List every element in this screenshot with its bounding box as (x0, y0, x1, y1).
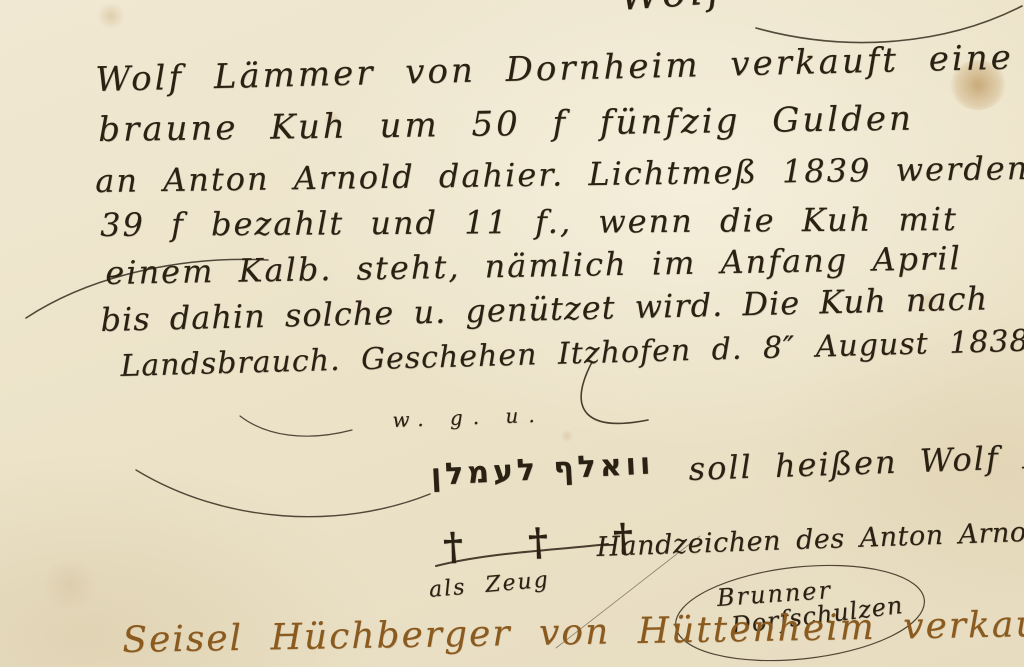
manuscript-page: Wolf Wolf Lämmer von Dornheim verkauft e… (0, 0, 1024, 667)
flourish-abbrev-hook (240, 416, 352, 436)
correction-note: soll heißen Wolf Lämmer (688, 433, 1024, 488)
manuscript-line: 39 f bezahlt und 11 f., wenn die Kuh mit (100, 200, 958, 244)
manuscript-line: braune Kuh um 50 f fünfzig Gulden (98, 99, 914, 150)
handzeichen-caption: Handzeichen des Anton Arnold (596, 516, 1024, 563)
manuscript-line: Wolf Lämmer von Dornheim verkauft eine (95, 38, 1014, 100)
manuscript-line: an Anton Arnold dahier. Lichtmeß 1839 we… (95, 149, 1024, 200)
foxing-spot (560, 430, 574, 442)
foxing-spot (40, 560, 100, 610)
hebrew-signature: וואלף לעמלן (430, 446, 655, 493)
abbreviation-line: w. g. u. (392, 403, 545, 432)
witness-note: als Zeug (428, 567, 551, 602)
top-cutoff-fragment: Wolf (618, 0, 727, 20)
flourish-top-right (756, 6, 1022, 42)
next-entry-cutoff-line: Seisel Hüchberger von Hüttenheim verkauf… (122, 603, 1024, 661)
foxing-spot (96, 4, 126, 28)
flourish-mid-curve (136, 470, 430, 517)
flourish-descender (581, 362, 648, 423)
